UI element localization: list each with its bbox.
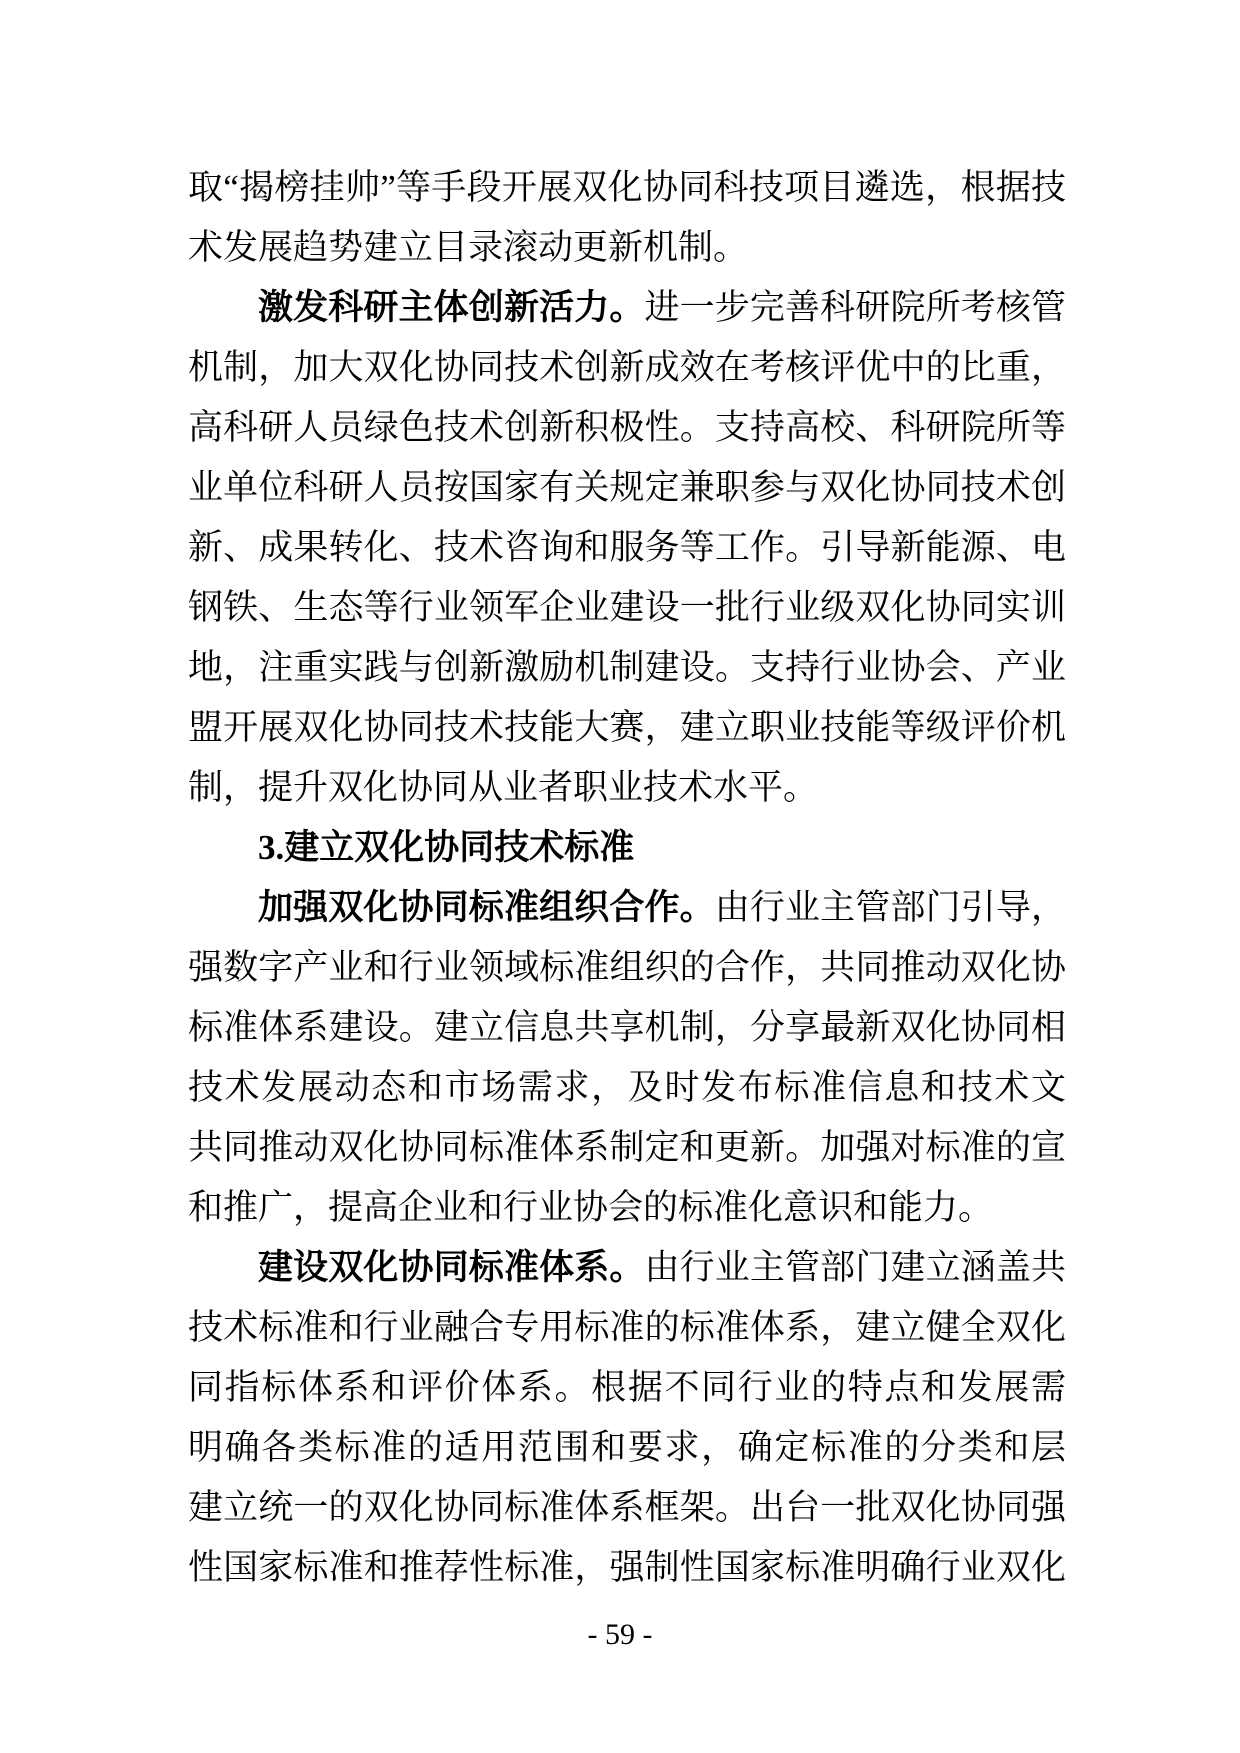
line-text: 明确各类标准的适用范围和要求，确定标准的分类和层次， xyxy=(188,1428,1066,1478)
text-line: 术发展趋势建立目录滚动更新机制。 xyxy=(188,218,1066,278)
text-line: 钢铁、生态等行业领军企业建设一批行业级双化协同实训基 xyxy=(188,578,1066,638)
line-bold-lead: 加强双化协同标准组织合作。 xyxy=(258,888,715,927)
text-line: 制，提升双化协同从业者职业技术水平。 xyxy=(188,758,1066,818)
text-line: 机制，加大双化协同技术创新成效在考核评优中的比重，提 xyxy=(188,338,1066,398)
line-text: 取“揭榜挂帅”等手段开展双化协同科技项目遴选，根据技 xyxy=(188,168,1066,207)
text-line: 强数字产业和行业领域标准组织的合作，共同推动双化协同 xyxy=(188,938,1066,998)
line-text: 标准体系建设。建立信息共享机制，分享最新双化协同相关 xyxy=(188,1008,1066,1058)
text-line: 技术发展动态和市场需求，及时发布标准信息和技术文献， xyxy=(188,1058,1066,1118)
line-text: 钢铁、生态等行业领军企业建设一批行业级双化协同实训基 xyxy=(188,588,1066,638)
text-line: 加强双化协同标准组织合作。由行业主管部门引导，加 xyxy=(188,878,1066,938)
section-heading: 3.建立双化协同技术标准 xyxy=(188,818,1066,878)
line-text: 高科研人员绿色技术创新积极性。支持高校、科研院所等事 xyxy=(188,408,1066,458)
document-body: 取“揭榜挂帅”等手段开展双化协同科技项目遴选，根据技 术发展趋势建立目录滚动更新… xyxy=(188,158,1066,1598)
text-line: 取“揭榜挂帅”等手段开展双化协同科技项目遴选，根据技 xyxy=(188,158,1066,218)
text-line: 性国家标准和推荐性标准，强制性国家标准明确行业双化协 xyxy=(188,1538,1066,1598)
line-text: 机制，加大双化协同技术创新成效在考核评优中的比重，提 xyxy=(188,348,1066,398)
text-line: 业单位科研人员按国家有关规定兼职参与双化协同技术创 xyxy=(188,458,1066,518)
text-line: 和推广，提高企业和行业协会的标准化意识和能力。 xyxy=(188,1178,1066,1238)
text-line: 同指标体系和评价体系。根据不同行业的特点和发展需求， xyxy=(188,1358,1066,1418)
text-line: 建立统一的双化协同标准体系框架。出台一批双化协同强制 xyxy=(188,1478,1066,1538)
line-text: 强数字产业和行业领域标准组织的合作，共同推动双化协同 xyxy=(188,948,1066,998)
line-text: 盟开展双化协同技术技能大赛，建立职业技能等级评价机 xyxy=(188,708,1066,747)
line-text: 和推广，提高企业和行业协会的标准化意识和能力。 xyxy=(188,1188,993,1227)
text-line: 高科研人员绿色技术创新积极性。支持高校、科研院所等事 xyxy=(188,398,1066,458)
line-text: 性国家标准和推荐性标准，强制性国家标准明确行业双化协 xyxy=(188,1548,1066,1598)
line-text: 建立统一的双化协同标准体系框架。出台一批双化协同强制 xyxy=(188,1488,1066,1538)
line-text: 共同推动双化协同标准体系制定和更新。加强对标准的宣传 xyxy=(188,1128,1066,1178)
text-line: 建设双化协同标准体系。由行业主管部门建立涵盖共性 xyxy=(188,1238,1066,1298)
line-text: 业单位科研人员按国家有关规定兼职参与双化协同技术创 xyxy=(188,468,1066,507)
line-text: 技术标准和行业融合专用标准的标准体系，建立健全双化协 xyxy=(188,1308,1066,1358)
text-line: 地，注重实践与创新激励机制建设。支持行业协会、产业联 xyxy=(188,638,1066,698)
heading-text: 3.建立双化协同技术标准 xyxy=(258,828,634,867)
line-text: 技术发展动态和市场需求，及时发布标准信息和技术文献， xyxy=(188,1068,1066,1118)
document-page: 取“揭榜挂帅”等手段开展双化协同科技项目遴选，根据技 术发展趋势建立目录滚动更新… xyxy=(0,0,1240,1753)
line-text: 地，注重实践与创新激励机制建设。支持行业协会、产业联 xyxy=(188,648,1066,698)
text-line: 激发科研主体创新活力。进一步完善科研院所考核管理 xyxy=(188,278,1066,338)
text-line: 盟开展双化协同技术技能大赛，建立职业技能等级评价机 xyxy=(188,698,1066,758)
line-bold-lead: 激发科研主体创新活力。 xyxy=(258,288,645,327)
line-text: 同指标体系和评价体系。根据不同行业的特点和发展需求， xyxy=(188,1368,1066,1418)
text-line: 新、成果转化、技术咨询和服务等工作。引导新能源、电力、 xyxy=(188,518,1066,578)
text-line: 共同推动双化协同标准体系制定和更新。加强对标准的宣传 xyxy=(188,1118,1066,1178)
text-line: 明确各类标准的适用范围和要求，确定标准的分类和层次， xyxy=(188,1418,1066,1478)
line-text: 术发展趋势建立目录滚动更新机制。 xyxy=(188,228,748,267)
text-line: 标准体系建设。建立信息共享机制，分享最新双化协同相关 xyxy=(188,998,1066,1058)
line-bold-lead: 建设双化协同标准体系。 xyxy=(258,1248,645,1287)
line-text: 新、成果转化、技术咨询和服务等工作。引导新能源、电力、 xyxy=(188,528,1066,578)
page-number: - 59 - xyxy=(0,1613,1240,1657)
text-line: 技术标准和行业融合专用标准的标准体系，建立健全双化协 xyxy=(188,1298,1066,1358)
line-text: 制，提升双化协同从业者职业技术水平。 xyxy=(188,768,818,807)
